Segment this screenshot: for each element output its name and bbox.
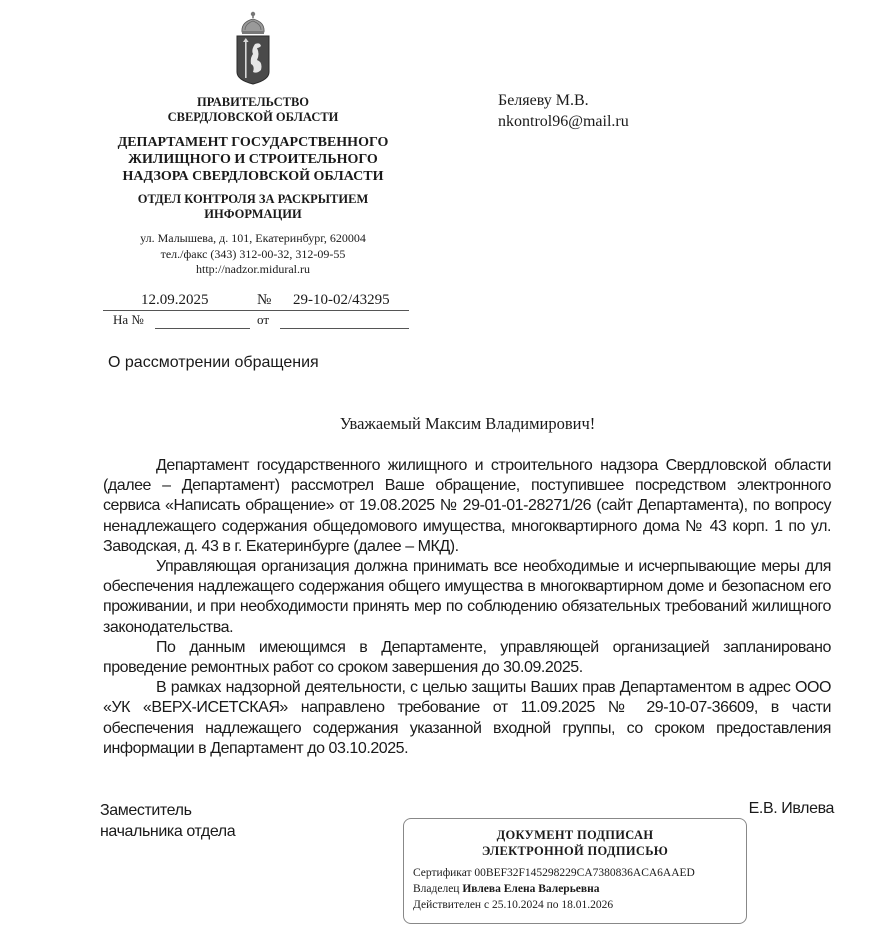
esign-details: Сертификат 00BEF32F145298229CA7380836ACA… bbox=[413, 865, 695, 913]
reference-number-field bbox=[155, 328, 250, 329]
department-line-2: ЖИЛИЩНОГО И СТРОИТЕЛЬНОГО bbox=[103, 151, 403, 168]
contact-info: ул. Малышева, д. 101, Екатеринбург, 6200… bbox=[103, 231, 403, 278]
recipient-email[interactable]: nkontrol96@mail.ru bbox=[498, 111, 629, 132]
phone: тел./факс (343) 312-00-32, 312-09-55 bbox=[103, 247, 403, 263]
esign-owner-label: Владелец bbox=[413, 883, 459, 895]
esign-owner-row: Владелец Ивлева Елена Валерьевна bbox=[413, 881, 695, 897]
registration-number: 29-10-02/43295 bbox=[293, 292, 390, 309]
department-title: ДЕПАРТАМЕНТ ГОСУДАРСТВЕННОГО ЖИЛИЩНОГО И… bbox=[103, 134, 403, 185]
esign-certificate-value: 00BEF32F145298229CA7380836ACA6AAED bbox=[474, 867, 694, 879]
esign-certificate-label: Сертификат bbox=[413, 867, 472, 879]
recipient-block: Беляеву М.В. nkontrol96@mail.ru bbox=[498, 90, 629, 132]
esign-header: ДОКУМЕНТ ПОДПИСАН ЭЛЕКТРОННОЙ ПОДПИСЬЮ bbox=[404, 827, 746, 859]
recipient-name: Беляеву М.В. bbox=[498, 90, 629, 111]
esign-header-line-1: ДОКУМЕНТ ПОДПИСАН bbox=[404, 827, 746, 843]
esign-owner-value: Ивлева Елена Валерьевна bbox=[462, 883, 599, 895]
unit-line-1: ОТДЕЛ КОНТРОЛЯ ЗА РАСКРЫТИЕМ bbox=[103, 192, 403, 207]
registration-row: 12.09.2025 № 29-10-02/43295 bbox=[103, 291, 409, 311]
coat-of-arms-icon bbox=[233, 10, 273, 86]
reference-row: На № от bbox=[103, 312, 409, 330]
body-paragraph: Департамент государственного жилищного и… bbox=[103, 456, 831, 557]
website-link[interactable]: http://nadzor.midural.ru bbox=[103, 262, 403, 278]
body-paragraph: В рамках надзорной деятельности, с целью… bbox=[103, 678, 831, 759]
esign-header-line-2: ЭЛЕКТРОННОЙ ПОДПИСЬЮ bbox=[404, 843, 746, 859]
body-paragraph: Управляющая организация должна принимать… bbox=[103, 557, 831, 638]
department-line-3: НАДЗОРА СВЕРДЛОВСКОЙ ОБЛАСТИ bbox=[103, 168, 403, 185]
reference-number-label: На № bbox=[113, 312, 144, 328]
government-title: ПРАВИТЕЛЬСТВО СВЕРДЛОВСКОЙ ОБЛАСТИ bbox=[103, 95, 403, 125]
reference-date-label: от bbox=[257, 312, 269, 328]
reference-date-field bbox=[280, 328, 409, 329]
electronic-signature-stamp: ДОКУМЕНТ ПОДПИСАН ЭЛЕКТРОННОЙ ПОДПИСЬЮ С… bbox=[403, 818, 747, 924]
salutation: Уважаемый Максим Владимирович! bbox=[0, 414, 870, 434]
esign-certificate-row: Сертификат 00BEF32F145298229CA7380836ACA… bbox=[413, 865, 695, 881]
registration-date: 12.09.2025 bbox=[141, 292, 209, 309]
government-line-2: СВЕРДЛОВСКОЙ ОБЛАСТИ bbox=[103, 110, 403, 125]
esign-validity: Действителен с 25.10.2024 по 18.01.2026 bbox=[413, 897, 695, 913]
signer-position-line-2: начальника отдела bbox=[100, 821, 235, 842]
signer-name: Е.В. Ивлева bbox=[749, 800, 834, 818]
unit-title: ОТДЕЛ КОНТРОЛЯ ЗА РАСКРЫТИЕМ ИНФОРМАЦИИ bbox=[103, 192, 403, 222]
signer-position: Заместитель начальника отдела bbox=[100, 800, 235, 842]
letter-subject: О рассмотрении обращения bbox=[108, 354, 319, 372]
signer-position-line-1: Заместитель bbox=[100, 800, 235, 821]
government-line-1: ПРАВИТЕЛЬСТВО bbox=[103, 95, 403, 110]
body-paragraph: По данным имеющимся в Департаменте, упра… bbox=[103, 638, 831, 678]
letter-body: Департамент государственного жилищного и… bbox=[103, 456, 831, 759]
registration-number-label: № bbox=[257, 292, 271, 309]
department-line-1: ДЕПАРТАМЕНТ ГОСУДАРСТВЕННОГО bbox=[103, 134, 403, 151]
unit-line-2: ИНФОРМАЦИИ bbox=[103, 207, 403, 222]
address: ул. Малышева, д. 101, Екатеринбург, 6200… bbox=[103, 231, 403, 247]
